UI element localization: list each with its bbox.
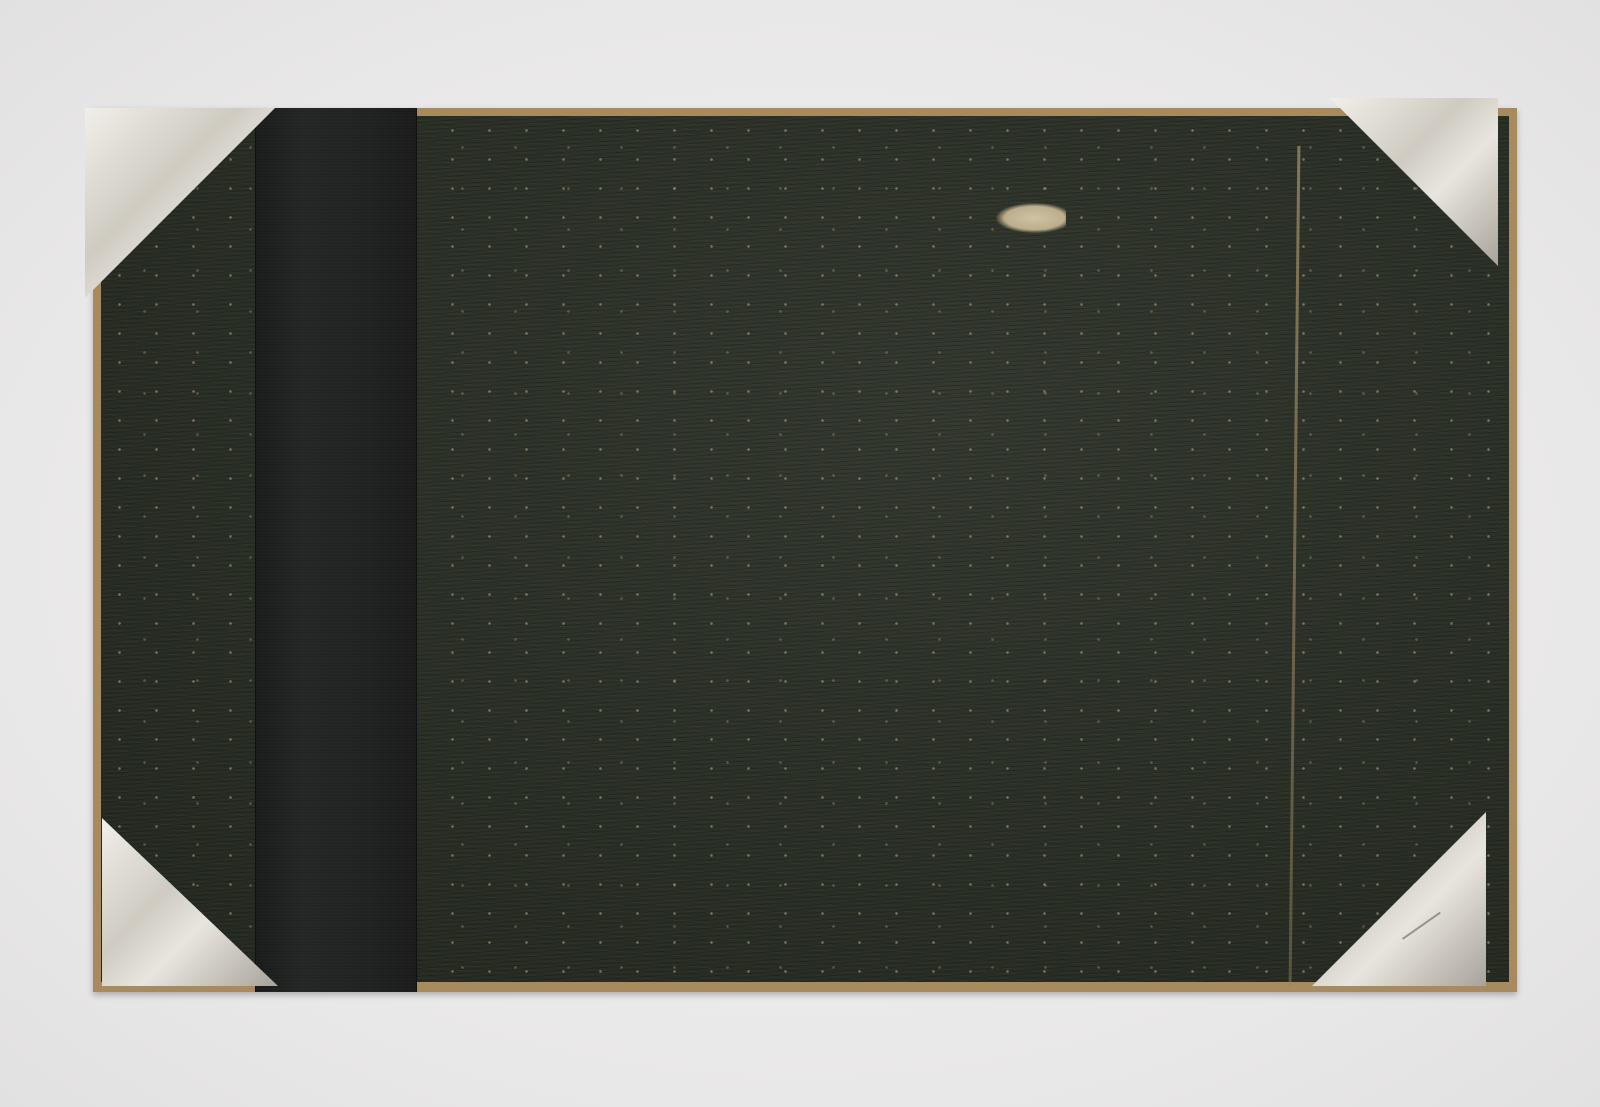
monogram-engraving [1402, 912, 1458, 965]
black-binding-strip [255, 108, 417, 992]
desk-blotter [93, 108, 1517, 992]
worn-leather-patch [996, 203, 1066, 233]
